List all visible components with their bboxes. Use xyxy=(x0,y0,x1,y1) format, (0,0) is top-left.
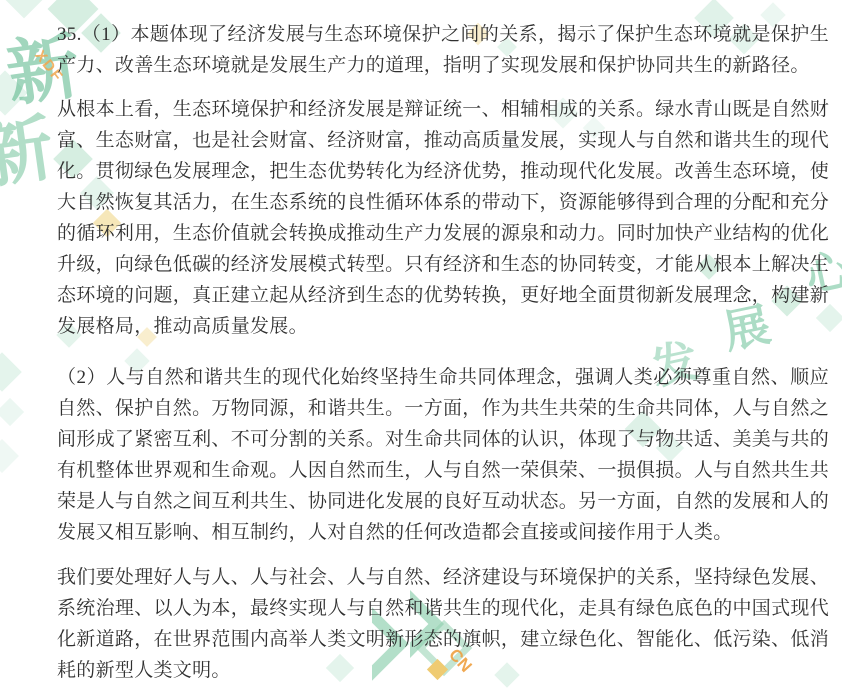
diamond-icon xyxy=(0,439,19,473)
diamond-icon xyxy=(6,0,43,18)
diamond-icon xyxy=(0,352,22,392)
answer-paragraph-1: 35.（1）本题体现了经济发展与生态环境保护之间的关系，揭示了保护生态环境就是保… xyxy=(57,19,829,81)
answer-document-page: 新 新 XDF 心 展 发 xyxy=(0,0,842,693)
watermark-char: 新 xyxy=(0,112,58,193)
answer-text-block: 35.（1）本题体现了经济发展与生态环境保护之间的关系，揭示了保护生态环境就是保… xyxy=(57,19,829,686)
answer-paragraph-2: 从根本上看，生态环境保护和经济发展是辩证统一、相辅相成的关系。绿水青山既是自然财… xyxy=(57,94,829,342)
diamond-icon xyxy=(0,398,24,426)
diamond-icon xyxy=(0,70,28,115)
answer-paragraph-4: 我们要处理好人与人、人与社会、人与自然、经济建设与环境保护的关系，坚持绿色发展、… xyxy=(57,562,829,686)
answer-paragraph-3: （2）人与自然和谐共生的现代化始终坚持生命共同体理念，强调人类必须尊重自然、顺应… xyxy=(57,362,829,548)
